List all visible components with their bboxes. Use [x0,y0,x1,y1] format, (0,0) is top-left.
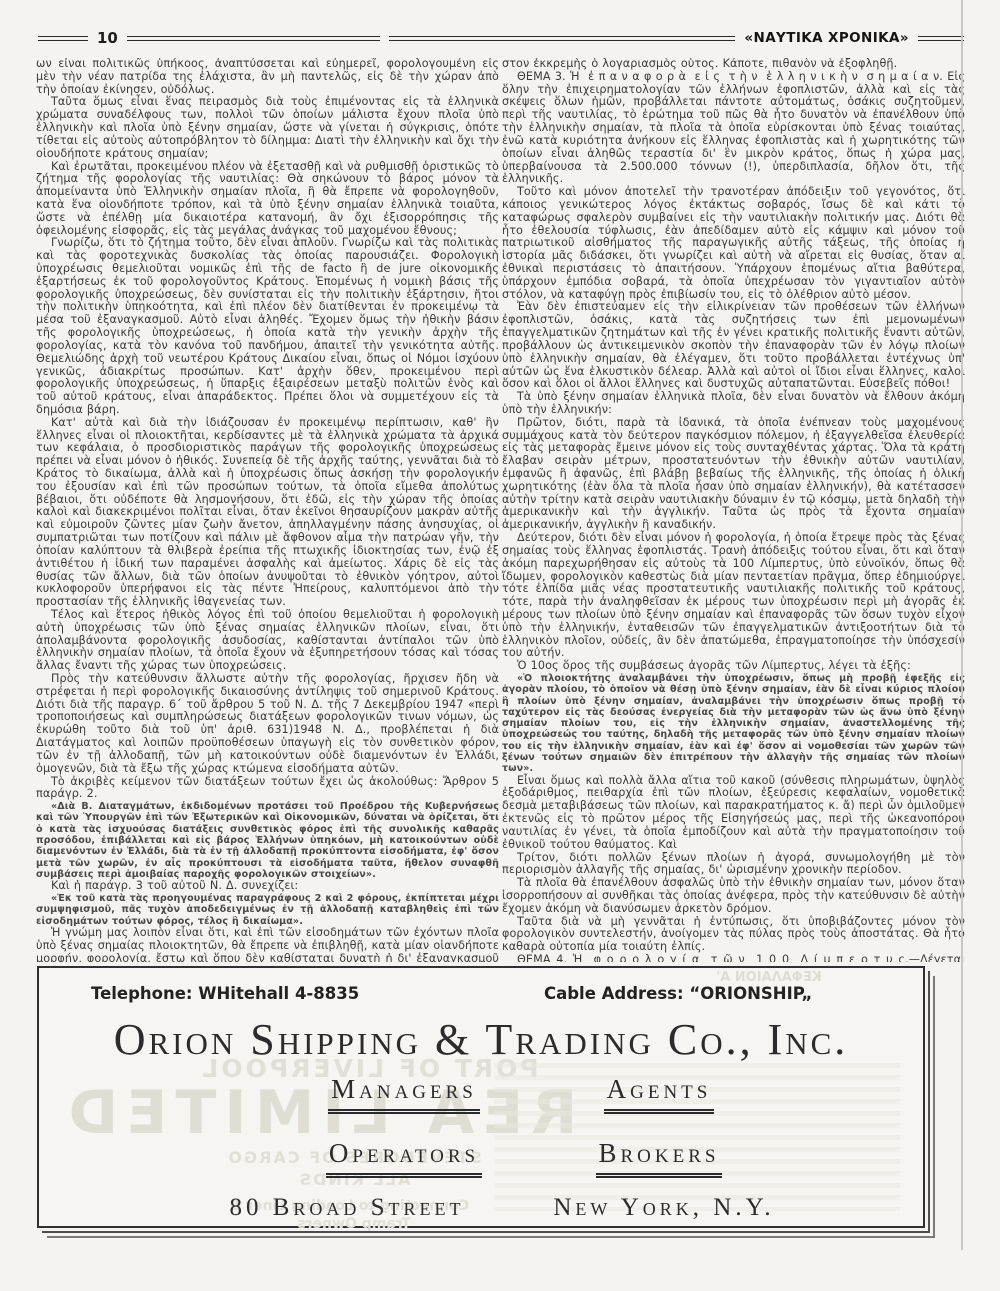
paragraph: Κατ' αὐτὰ καὶ διὰ τὴν ἰδιάζουσαν ἐν προκ… [36,417,499,609]
text-column-right: στον ἐκκρεμὴς ὁ λογαριασμὸς οὗτος. Κάποτ… [502,58,965,962]
advertisement-orion-shipping: ΚΕΦΑΛΑΙΟΝ Α' PORT OF LIVERPOOL REA LIMIT… [37,966,925,1228]
paragraph: ΘΕΜΑ 3. Ἡ ἐ π α ν α φ ο ρ ὰ ε ἰ ς τ ὴ ν … [502,71,965,186]
paragraph: Πρὸς τὴν κατεύθυνσιν ἄλλωστε αὐτὴν τῆς φ… [36,673,499,776]
ad-company-name: Orion Shipping & Trading Co., Inc. [39,1014,923,1065]
paragraph: στον ἐκκρεμὴς ὁ λογαριασμὸς οὗτος. Κάποτ… [502,58,965,71]
paragraph: Τὰ ὑπὸ ξένην σημαίαν ἑλληνικὰ πλοῖα, δὲν… [502,391,965,417]
paragraph: Δεύτερον, διότι δὲν εἶναι μόνον ἡ φορολο… [502,532,965,660]
paragraph: Ταῦτα ὅμως εἶναι ἕνας πειρασμὸς διὰ τοὺς… [36,96,499,160]
paragraph: Τὰ πλοῖα θὰ ἐπανέλθουν ἀσφαλῶς ὑπὸ τὴν ἐ… [502,877,965,915]
paragraph: Ταῦτα διὰ νὰ μὴ γεννᾶται ἡ ἐντύπωσις, ὅτ… [502,916,965,954]
page-number: 10 [97,29,118,47]
ad-telephone: Telephone: WHitehall 4-8835 [91,984,359,1003]
header-rule-mid-2 [389,36,735,41]
bleedthrough-kefalaion: ΚΕΦΑΛΑΙΟΝ Α' [639,970,899,985]
paragraph: Τὸ ἀκριβὲς κείμενον τῶν διατάξεων τούτων… [36,776,499,802]
magazine-page: 10 «ΝΑΥΤΙΚΑ ΧΡΟΝΙΚΑ» ων εἶναι πολιτικῶς … [0,0,1000,1291]
page-edge-shadow [961,0,963,1250]
paragraph: «Διὰ Β. Διαταγμάτων, ἐκδιδομένων προτάσε… [36,801,499,880]
ad-street-address: 80 Broad Street [157,1194,537,1222]
paragraph: Καὶ ἐρωτᾶται, προκειμένου πλέον νὰ ἐξετα… [36,161,499,238]
ad-role-operators: Operators [249,1138,559,1178]
paragraph: ων εἶναι πολιτικῶς ὑπήκοος, ἀναπτύσσεται… [36,58,499,96]
paragraph: Ὁ 10ος ὅρος τῆς συμβάσεως ἀγορᾶς τῶν Λίμ… [502,660,965,673]
header-rule-mid-1 [127,36,380,41]
paragraph: Εἶναι ὅμως καὶ πολλὰ ἄλλα αἴτια τοῦ κακο… [502,775,965,852]
paragraph: Τέλος καὶ ἕτερος ἠθικὸς λόγος ἐπὶ τοῦ ὁπ… [36,609,499,673]
paragraph: Ἡ γνώμη μας λοιπὸν εἶναι ὅτι, καὶ ἐπὶ τῶ… [36,927,499,962]
paragraph: Πρῶτον, διότι, παρὰ τὰ ἰδανικά, τὰ ὁποῖα… [502,417,965,532]
ad-role-agents: Agents [529,1074,789,1114]
header-rule-right [918,36,964,41]
ad-city-address: New York, N.Y. [514,1194,814,1222]
page-header: 10 «ΝΑΥΤΙΚΑ ΧΡΟΝΙΚΑ» [38,29,964,47]
ad-role-brokers: Brokers [529,1138,789,1178]
paragraph: Τοῦτο καὶ μόνον ἀποτελεῖ τὴν τρανοτέραν … [502,186,965,301]
paragraph: Τρίτον, διότι πολλῶν ξένων πλοίων ἡ ἀγορ… [502,852,965,878]
paragraph: Γνωρίζω, ὅτι τὸ ζήτημα τοῦτο, δὲν εἶναι … [36,237,499,416]
ad-cable-address: Cable Address: “ORIONSHIP„ [544,984,812,1003]
masthead-title: «ΝΑΥΤΙΚΑ ΧΡΟΝΙΚΑ» [744,30,909,46]
paragraph: Καὶ ἡ παράγρ. 3 τοῦ αὐτοῦ Ν. Δ. συνεχίζε… [36,880,499,893]
paragraph: Ἐὰν δὲν ἐπιστεύαμεν εἰς τὴν εἰλικρίνειαν… [502,301,965,391]
header-rule-left [38,36,88,41]
text-column-left: ων εἶναι πολιτικῶς ὑπήκοος, ἀναπτύσσεται… [36,58,499,962]
paragraph: ΘΕΜΑ 4. Ἡ φ ο ρ ο λ ο γ ί α τ ῶ ν 1 0 0 … [502,954,965,962]
paragraph: «Ὁ πλοιοκτήτης ἀναλαμβάνει τὴν ὑποχρέωσι… [502,673,965,775]
paragraph: «Ἐκ τοῦ κατὰ τὰς προηγουμένας παραγράφου… [36,893,499,927]
ad-role-managers: Managers [249,1074,559,1114]
